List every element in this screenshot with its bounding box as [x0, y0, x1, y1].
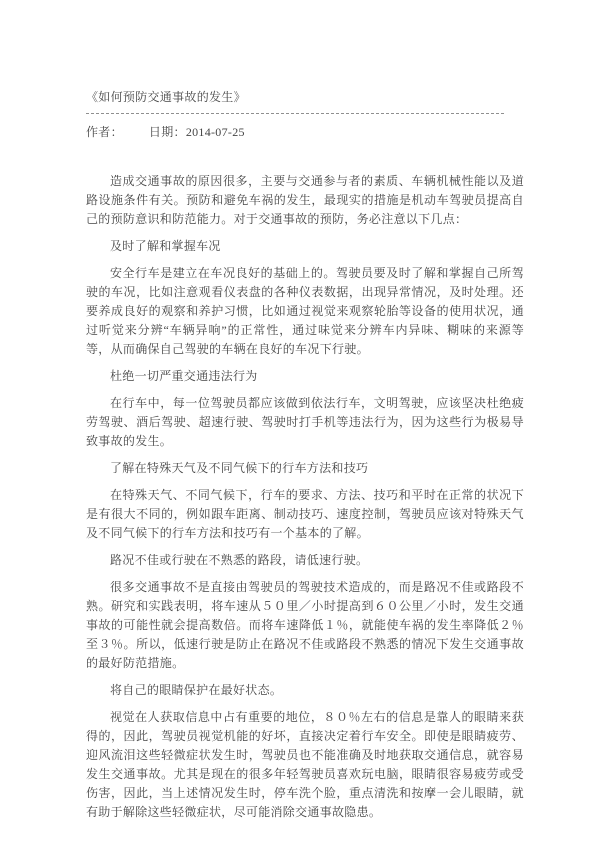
article: 《如何预防交通事故的发生》 作者：日期：2014-07-25 造成交通事故的原因… [0, 0, 600, 850]
section-heading-vehicle-condition: 及时了解和掌握车况 [86, 237, 524, 256]
date-value: 2014-07-25 [186, 125, 245, 139]
date-label: 日期： [149, 125, 186, 139]
section-paragraph-vehicle-condition: 安全行车是建立在车况良好的基础上的。驾驶员要及时了解和掌握自己所驾驶的车况，比如… [86, 264, 524, 359]
article-title: 《如何预防交通事故的发生》 [86, 88, 524, 107]
section-paragraph-special-weather: 在特殊天气、不同气候下，行车的要求、方法、技巧和平时在正常的状况下是有很大不同的… [86, 486, 524, 543]
document-page: { "title": "《如何预防交通事故的发生》", "meta": { "a… [0, 0, 600, 850]
section-heading-low-speed: 路况不佳或行驶在不熟悉的路段，请低速行驶。 [86, 551, 524, 570]
section-paragraph-low-speed: 很多交通事故不是直接由驾驶员的驾驶技术造成的，而是路况不佳或路段不熟。研究和实践… [86, 578, 524, 673]
section-heading-special-weather: 了解在特殊天气及不同气候下的行车方法和技巧 [86, 459, 524, 478]
intro-paragraph: 造成交通事故的原因很多，主要与交通参与者的素质、车辆机械性能以及道路设施条件有关… [86, 172, 524, 229]
section-paragraph-eye-protection: 视觉在人获取信息中占有重要的地位，８０％左右的信息是靠人的眼睛来获得的，因此，驾… [86, 708, 524, 822]
author-label: 作者： [86, 125, 123, 139]
section-heading-eye-protection: 将自己的眼睛保护在最好状态。 [86, 681, 524, 700]
section-heading-no-violations: 杜绝一切严重交通违法行为 [86, 367, 524, 386]
divider-dashed [86, 113, 504, 114]
meta-line: 作者：日期：2014-07-25 [86, 123, 524, 142]
section-paragraph-no-violations: 在行车中，每一位驾驶员都应该做到依法行车，文明驾驶，应该坚决杜绝疲劳驾驶、酒后驾… [86, 394, 524, 451]
